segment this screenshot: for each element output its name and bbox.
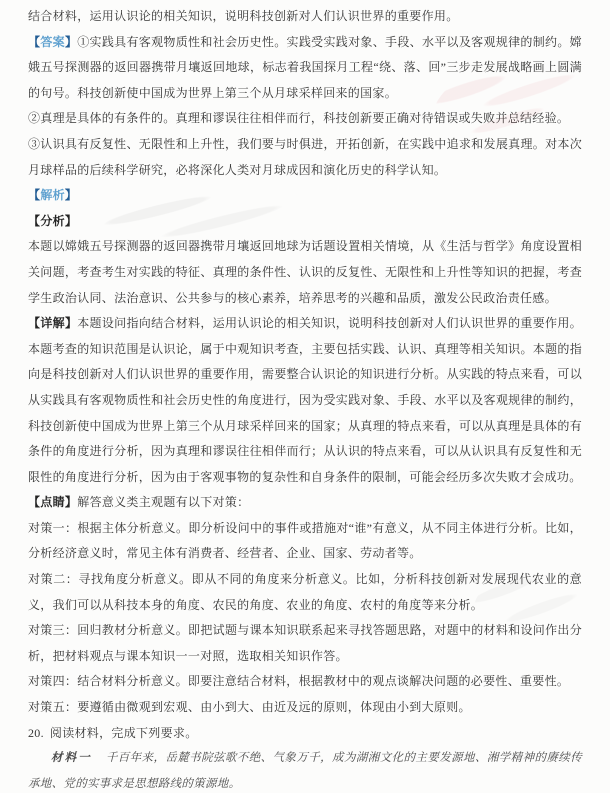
question-20: 20.阅读材料，完成下列要求。 [28, 721, 582, 747]
answer-point-2: ②真理是具体的有条件的。真理和谬误往往相伴而行，科技创新要正确对待错误或失败并总… [28, 111, 569, 125]
strategy-2-text: 对策二：寻找角度分析意义。即从不同的角度来分析意义。比如，分析科技创新对发展现代… [28, 572, 582, 612]
jiexi-label: 【解析】 [28, 188, 77, 202]
strategy-4-text: 对策四：结合材料分析意义。即要注意结合材料，根据教材中的观点谈解决问题的必要性、… [28, 674, 569, 688]
analysis-text: 本题以嫦娥五号探测器的返回器携带月壤返回地球为话题设置相关情境，从《生活与哲学》… [28, 239, 582, 304]
strategy-paragraph-4: 对策四：结合材料分析意义。即要注意结合材料，根据教材中的观点谈解决问题的必要性、… [28, 669, 582, 695]
material-one-text: 千百年来，岳麓书院弦歌不绝、气象万千，成为湖湘文化的主要发源地、湘学精神的赓续传… [28, 752, 582, 790]
jiexi-heading: 【解析】 [28, 183, 582, 209]
fenxi-heading: 【分析】 [28, 209, 582, 235]
strategy-1-text: 对策一：根据主体分析意义。即分析设问中的事件或措施对“谁”有意义，从不同主体进行… [28, 521, 582, 561]
answer-paragraph-2: ②真理是具体的有条件的。真理和谬误往往相伴而行，科技创新要正确对待错误或失败并总… [28, 106, 582, 132]
dianjing-label: 【点睛】 [28, 495, 77, 509]
detail-paragraph: 【详解】本题设问指向结合材料，运用认识论的相关知识，说明科技创新对人们认识世界的… [28, 311, 582, 490]
dianjing-intro-text: 解答意义类主观题有以下对策： [77, 495, 249, 509]
strategy-paragraph-3: 对策三：回归教材分析意义。即把试题与课本知识联系起来寻找答题思路，对题中的材料和… [28, 618, 582, 669]
analysis-paragraph: 本题以嫦娥五号探测器的返回器携带月壤返回地球为话题设置相关情境，从《生活与哲学》… [28, 234, 582, 311]
material-one-paragraph: 材料一千百年来，岳麓书院弦歌不绝、气象万千，成为湖湘文化的主要发源地、湘学精神的… [28, 746, 582, 793]
answer-label: 【答案】 [28, 35, 77, 49]
answer-paragraph-3: ③认识具有反复性、无限性和上升性，我们要与时俱进，开拓创新，在实践中追求和发展真… [28, 132, 582, 183]
strategy-paragraph-5: 对策五：要遵循由微观到宏观、由小到大、由近及远的原则，体现由小到大原则。 [28, 695, 582, 721]
question-prompt: 结合材料，运用认识论的相关知识，说明科技创新对人们认识世界的重要作用。 [28, 4, 582, 30]
answer-point-3: ③认识具有反复性、无限性和上升性，我们要与时俱进，开拓创新，在实践中追求和发展真… [28, 137, 582, 177]
detail-text: 本题设问指向结合材料，运用认识论的相关知识，说明科技创新对人们认识世界的重要作用… [28, 316, 582, 484]
strategy-paragraph-2: 对策二：寻找角度分析意义。即从不同的角度来分析意义。比如，分析科技创新对发展现代… [28, 567, 582, 618]
material-one-label: 材料一 [51, 752, 92, 764]
dianjing-paragraph: 【点睛】解答意义类主观题有以下对策： [28, 490, 582, 516]
answer-point-1: ①实践具有客观物质性和社会历史性。实践受实践对象、手段、水平以及客观规律的制约。… [28, 35, 582, 100]
question-20-text: 阅读材料，完成下列要求。 [50, 726, 198, 740]
xiangjie-label: 【详解】 [28, 316, 77, 330]
document-page: 结合材料，运用认识论的相关知识，说明科技创新对人们认识世界的重要作用。 【答案】… [0, 0, 610, 793]
strategy-5-text: 对策五：要遵循由微观到宏观、由小到大、由近及远的原则，体现由小到大原则。 [28, 700, 471, 714]
strategy-paragraph-1: 对策一：根据主体分析意义。即分析设问中的事件或措施对“谁”有意义，从不同主体进行… [28, 516, 582, 567]
answer-paragraph-1: 【答案】①实践具有客观物质性和社会历史性。实践受实践对象、手段、水平以及客观规律… [28, 30, 582, 107]
fenxi-label: 【分析】 [28, 214, 77, 228]
strategy-3-text: 对策三：回归教材分析意义。即把试题与课本知识联系起来寻找答题思路，对题中的材料和… [28, 623, 582, 663]
question-prompt-text: 结合材料，运用认识论的相关知识，说明科技创新对人们认识世界的重要作用。 [28, 9, 459, 23]
question-20-number: 20. [28, 726, 44, 740]
